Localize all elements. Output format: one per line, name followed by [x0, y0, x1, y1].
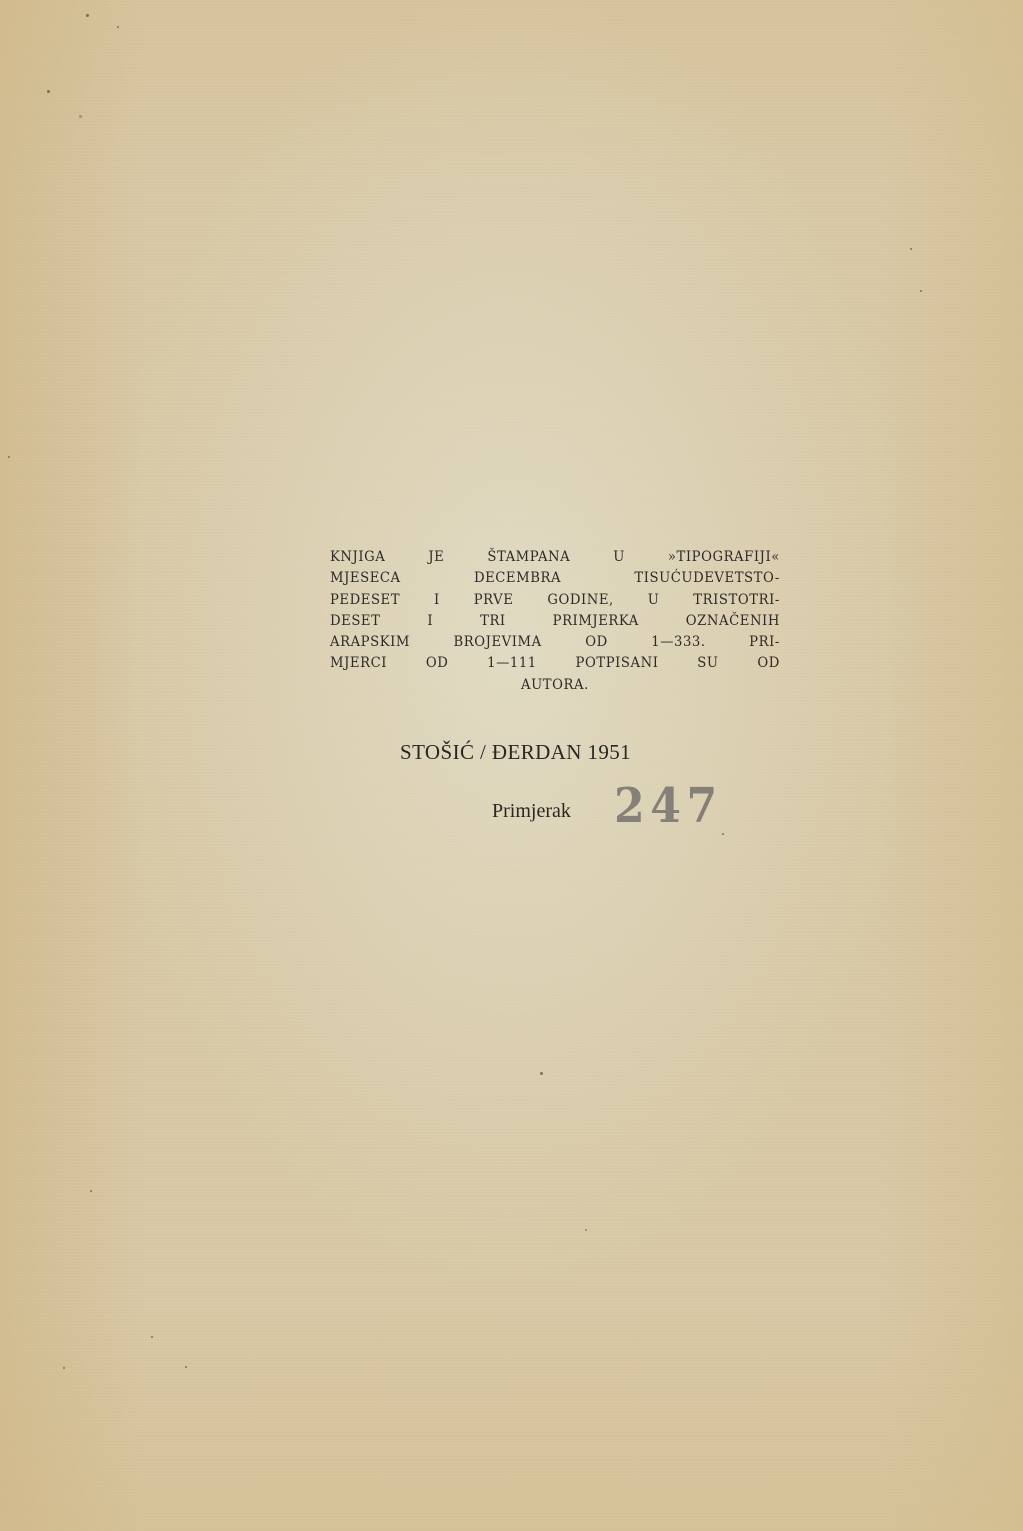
colophon-line: DESET I TRI PRIMJERKA OZNAČENIH [330, 611, 780, 632]
paper-speck [585, 1229, 587, 1231]
colophon-line: KNJIGA JE ŠTAMPANA U »TIPOGRAFIJI« [330, 547, 780, 568]
paper-speck [151, 1336, 153, 1338]
paper-speck [117, 26, 119, 28]
copy-number-stamp: 247 [614, 778, 723, 834]
colophon-text: KNJIGA JE ŠTAMPANA U »TIPOGRAFIJI« MJESE… [330, 547, 780, 696]
colophon-line: MJESECA DECEMBRA TISUĆUDEVETSTO- [330, 568, 780, 589]
book-page: { "page": { "paper_color": "#d8c8a4", "i… [0, 0, 1023, 1531]
paper-speck [47, 90, 50, 93]
colophon-line: AUTORA. [330, 675, 780, 696]
paper-speck [185, 1366, 187, 1368]
paper-speck [86, 14, 89, 17]
publisher-imprint: STOŠIĆ / ĐERDAN 1951 [400, 740, 631, 765]
paper-speck [63, 1367, 65, 1369]
colophon-line: ARAPSKIM BROJEVIMA OD 1—333. PRI- [330, 632, 780, 653]
colophon-line: PEDESET I PRVE GODINE, U TRISTOTRI- [330, 590, 780, 611]
paper-speck [79, 115, 82, 118]
paper-speck [8, 456, 10, 458]
paper-speck [90, 1190, 92, 1192]
paper-speck [910, 248, 912, 250]
colophon-line: MJERCI OD 1—111 POTPISANI SU OD [330, 653, 780, 674]
copy-label: Primjerak [492, 800, 571, 823]
paper-speck [920, 290, 922, 292]
paper-speck [540, 1072, 543, 1075]
